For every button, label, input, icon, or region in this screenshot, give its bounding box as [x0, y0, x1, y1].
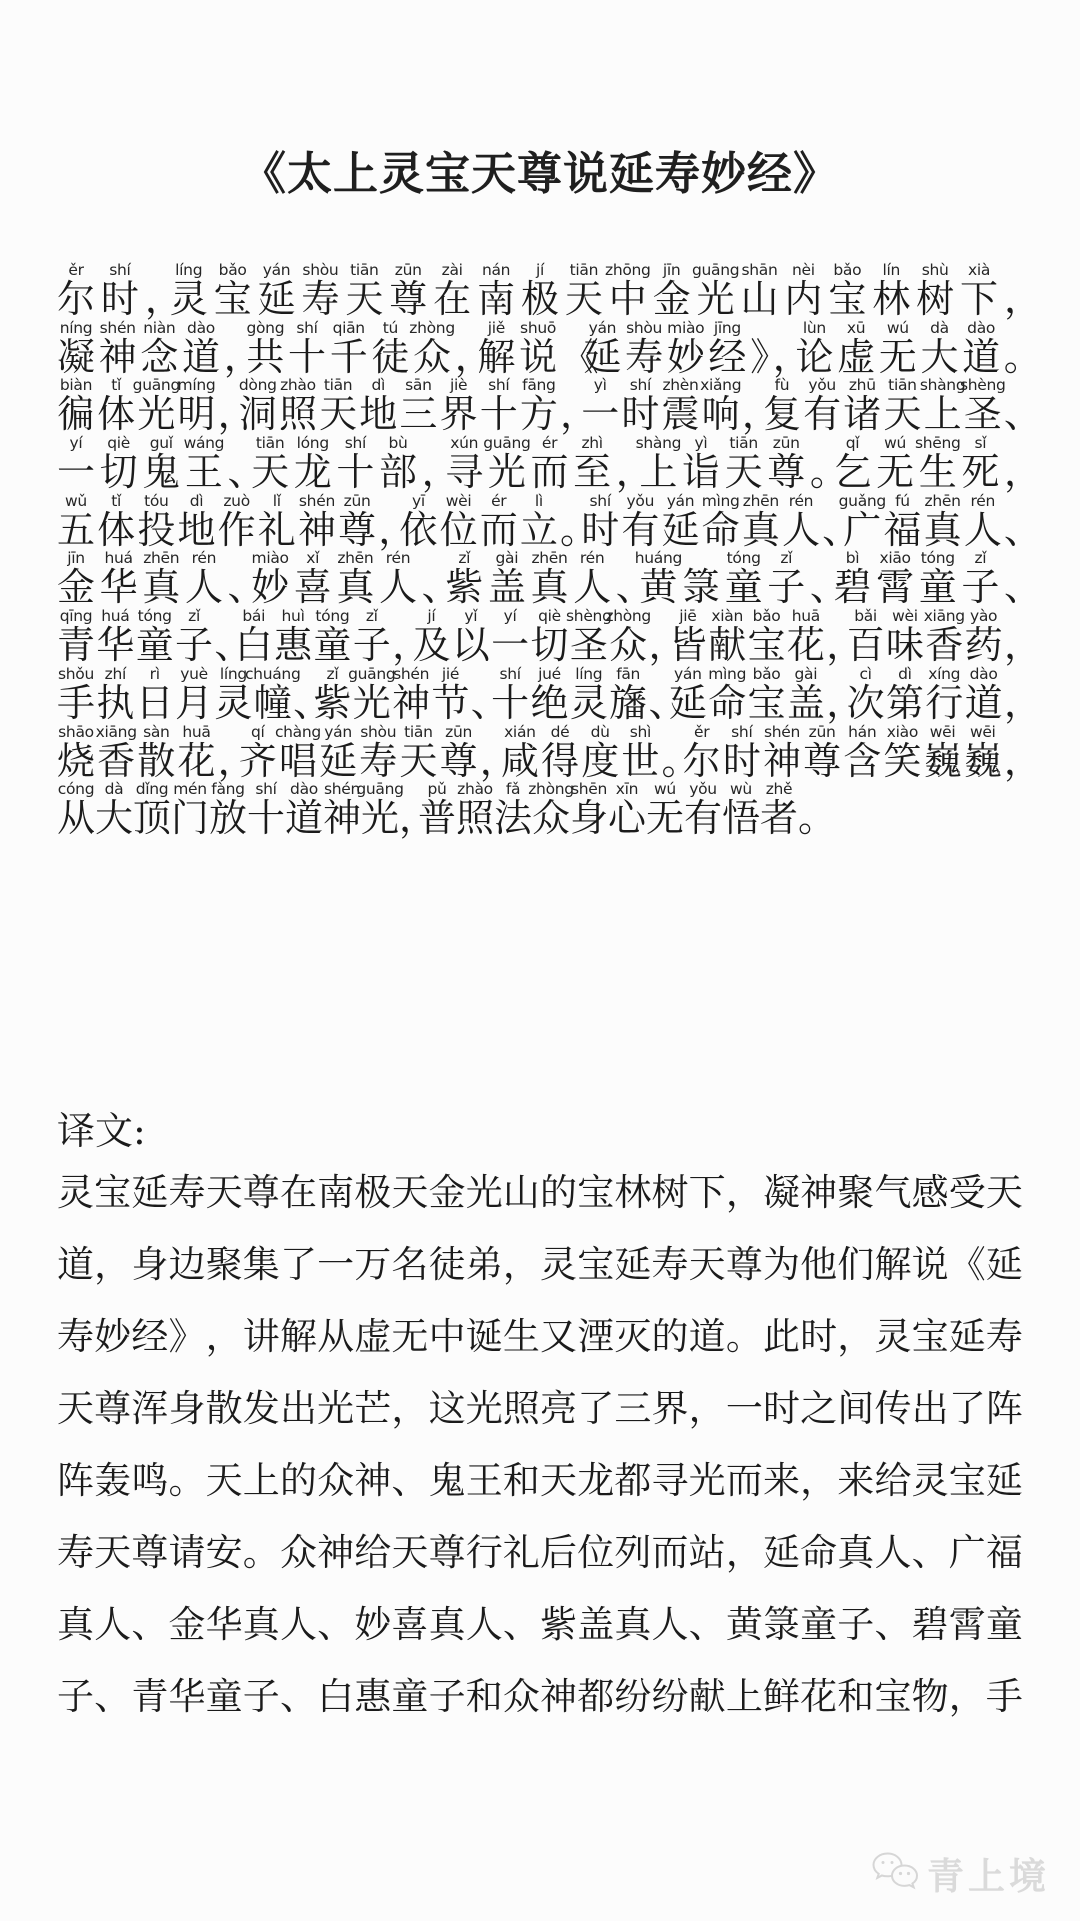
hanzi-character: 真	[531, 568, 569, 607]
translation-character: 虚	[354, 1317, 391, 1357]
translation-character: 天	[986, 1173, 1023, 1213]
translation-character: 身	[131, 1245, 168, 1285]
ruby-character: ，	[826, 665, 845, 723]
ruby-character: zuò作	[218, 492, 256, 550]
ruby-character: qīng青	[57, 607, 95, 665]
translation-character: 山	[503, 1173, 540, 1213]
hanzi-character: 论	[795, 338, 833, 377]
translation-character: 灵	[874, 1317, 911, 1357]
ruby-character: 、	[228, 434, 247, 492]
hanzi-character: 第	[886, 684, 924, 723]
ruby-character: tóng童	[919, 549, 957, 607]
translation-character: 时	[763, 1389, 800, 1429]
translation-character: 寿	[986, 1317, 1023, 1357]
hanzi-character: 法	[494, 799, 532, 838]
ruby-character: shān山	[741, 261, 779, 319]
ruby-character: bái白	[235, 607, 273, 665]
ruby-character: miào妙	[667, 319, 705, 377]
hanzi-character: 十	[491, 684, 529, 723]
translation-character: 真	[57, 1605, 94, 1645]
ruby-character: shén神	[392, 665, 430, 723]
translation-character: 人	[874, 1533, 911, 1573]
translation-character: 尊	[429, 1533, 466, 1573]
translation-character: 讲	[243, 1317, 280, 1357]
hanzi-character: 献	[708, 626, 746, 665]
hanzi-character: 天	[883, 395, 921, 434]
ruby-character: tǐ体	[97, 376, 135, 434]
hanzi-character: 说	[519, 338, 557, 377]
translation-character: 真	[429, 1605, 466, 1645]
hanzi-character: 真	[924, 511, 962, 550]
translation-character: 界	[652, 1389, 689, 1429]
ruby-character: yǒu有	[684, 780, 722, 838]
translation-character: 解	[280, 1317, 317, 1357]
hanzi-character: 而	[480, 511, 518, 550]
hanzi-character: 树	[916, 280, 954, 319]
translation-character: 、	[689, 1605, 726, 1645]
ruby-character: gòng共	[246, 319, 284, 377]
hanzi-character: 在	[433, 280, 471, 319]
ruby-character: 、	[616, 549, 635, 607]
hanzi-character: 门	[171, 799, 209, 838]
ruby-character: ，	[455, 319, 474, 377]
ruby-character: ěr尔	[683, 723, 721, 781]
ruby-character: ，	[224, 319, 243, 377]
translation-character: 光	[689, 1461, 726, 1501]
translation-character: 之	[800, 1389, 837, 1429]
translation-character: 、	[874, 1605, 911, 1645]
hanzi-character: 紫	[445, 568, 483, 607]
ruby-character: ，	[1004, 434, 1023, 492]
hanzi-character: 众	[609, 626, 647, 665]
translation-character: 神	[800, 1173, 837, 1213]
hanzi-character: 花	[787, 626, 825, 665]
ruby-character: líng灵	[570, 665, 608, 723]
translation-character: 宝	[577, 1173, 614, 1213]
ruby-character: cì次	[847, 665, 885, 723]
ruby-character: shì世	[621, 723, 659, 781]
hanzi-character: 切	[100, 453, 138, 492]
hanzi-character: 唱	[279, 742, 317, 781]
ruby-character: rén人	[185, 549, 223, 607]
ruby-character: ，	[616, 434, 635, 492]
document-page: 《太上灵宝天尊说延寿妙经》 ěr尔shí时，líng灵bǎo宝yán延shòu寿…	[0, 0, 1080, 1921]
hanzi-character: 立	[520, 511, 558, 550]
hanzi-character: 天	[725, 453, 763, 492]
ruby-character: shí十	[247, 780, 285, 838]
scripture-line: ěr尔shí时，líng灵bǎo宝yán延shòu寿tiān天zūn尊zài在n…	[57, 261, 1023, 319]
hanzi-character: 童	[725, 568, 763, 607]
hanzi-character: 尔	[57, 280, 95, 319]
translation-character: 礼	[503, 1533, 540, 1573]
hanzi-character: 延	[319, 742, 357, 781]
ruby-character: zhū诸	[843, 376, 881, 434]
translation-character: 金	[429, 1173, 466, 1213]
translation-character: 轰	[94, 1461, 131, 1501]
ruby-character: 《	[561, 319, 580, 377]
hanzi-character: 人	[185, 568, 223, 607]
hanzi-character: 解	[477, 338, 515, 377]
ruby-character: rì日	[136, 665, 174, 723]
translation-character: 为	[763, 1245, 800, 1285]
translation-character: 天	[391, 1173, 428, 1213]
hanzi-character: 香	[925, 626, 963, 665]
ruby-character: bǎo宝	[828, 261, 866, 319]
translation-character: 金	[168, 1605, 205, 1645]
ruby-character: shí时	[581, 492, 619, 550]
ruby-character: xiàn献	[708, 607, 746, 665]
ruby-character: 、	[214, 607, 233, 665]
ruby-character: shòu寿	[359, 723, 397, 781]
ruby-character: yí一	[491, 607, 529, 665]
translation-character: 聚	[206, 1245, 243, 1285]
translation-heading: 译文:	[57, 1100, 146, 1155]
translation-character: 经	[131, 1317, 168, 1357]
ruby-character: wú无	[646, 780, 684, 838]
hanzi-character: 光	[488, 453, 526, 492]
hanzi-character: 时	[621, 395, 659, 434]
translation-character: 子	[837, 1605, 874, 1645]
hanzi-character: 圣	[570, 626, 608, 665]
ruby-character: dào道	[285, 780, 323, 838]
translation-character: 众	[280, 1533, 317, 1573]
ruby-character: zūn尊	[767, 434, 805, 492]
ruby-character: dì第	[886, 665, 924, 723]
ruby-character: 、	[228, 549, 247, 607]
ruby-character: guǎng广	[843, 492, 881, 550]
translation-line: 寿天尊请安。众神给天尊行礼后位列而站，延命真人、广福	[57, 1517, 1023, 1589]
translation-character: 阵	[57, 1461, 94, 1501]
ruby-character: wú无	[879, 319, 917, 377]
translation-character: ，	[800, 1461, 837, 1501]
ruby-character: sān三	[399, 376, 437, 434]
translation-character: 给	[874, 1461, 911, 1501]
translation-character: 灵	[912, 1461, 949, 1501]
hanzi-character: 山	[741, 280, 779, 319]
wechat-icon	[871, 1851, 921, 1895]
ruby-character: zhì至	[573, 434, 611, 492]
ruby-character: jiē皆	[669, 607, 707, 665]
translation-character: 凝	[763, 1173, 800, 1213]
hanzi-character: 延	[662, 511, 700, 550]
hanzi-character: 有	[684, 799, 722, 838]
hanzi-character: 乞	[834, 453, 872, 492]
ruby-character: ，	[1004, 261, 1023, 319]
hanzi-character: 念	[140, 338, 178, 377]
ruby-character: qiè切	[530, 607, 568, 665]
translation-character: 延	[763, 1533, 800, 1573]
hanzi-character: 尔	[683, 742, 721, 781]
translation-character: 湮	[577, 1317, 614, 1357]
translation-character: 阵	[986, 1389, 1023, 1429]
ruby-character: yuè月	[175, 665, 213, 723]
translation-character: 感	[912, 1173, 949, 1213]
translation-line: 灵宝延寿天尊在南极天金光山的宝林树下，凝神聚气感受天	[57, 1157, 1023, 1229]
hanzi-character: 神	[323, 799, 361, 838]
translation-character: 真	[243, 1605, 280, 1645]
translation-character: 花	[800, 1677, 837, 1717]
hanzi-character: 大	[920, 338, 958, 377]
ruby-character: yào药	[965, 607, 1003, 665]
ruby-character: huā花	[787, 607, 825, 665]
ruby-character: zhào照	[456, 780, 494, 838]
hanzi-character: 行	[925, 684, 963, 723]
ruby-character: 。	[1004, 319, 1023, 377]
translation-character: 上	[243, 1461, 280, 1501]
hanzi-character: 天	[319, 395, 357, 434]
hanzi-character: 人	[964, 511, 1002, 550]
ruby-character: 。	[810, 434, 829, 492]
translation-character: 列	[614, 1533, 651, 1573]
translation-character: 浑	[131, 1389, 168, 1429]
ruby-character: xià下	[960, 261, 998, 319]
hanzi-character: 林	[872, 280, 910, 319]
hanzi-character: 子	[767, 568, 805, 607]
hanzi-character: 华	[100, 568, 138, 607]
ruby-character: gài盖	[787, 665, 825, 723]
hanzi-character: 。	[798, 799, 836, 838]
hanzi-character: 宝	[828, 280, 866, 319]
hanzi-character: 内	[784, 280, 822, 319]
ruby-character: zūn尊	[440, 723, 478, 781]
hanzi-character: 界	[440, 395, 478, 434]
ruby-character: zhòng众	[413, 319, 451, 377]
translation-character: 亮	[540, 1389, 577, 1429]
hanzi-character: 命	[708, 684, 746, 723]
translation-character: 童	[391, 1677, 428, 1717]
translation-character: 下	[689, 1173, 726, 1213]
translation-character: 出	[912, 1389, 949, 1429]
translation-character: 时	[800, 1317, 837, 1357]
ruby-character: ér而	[480, 492, 518, 550]
hanzi-character: 次	[847, 684, 885, 723]
translation-character: 来	[837, 1461, 874, 1501]
ruby-character: 、	[1004, 376, 1023, 434]
translation-character: 宝	[94, 1173, 131, 1213]
hanzi-character: 人	[782, 511, 820, 550]
ruby-character: zǐ子	[961, 549, 999, 607]
translation-character: 神	[317, 1533, 354, 1573]
hanzi-character: 以	[452, 626, 490, 665]
hanzi-character: 延	[583, 338, 621, 377]
hanzi-character: 光	[361, 799, 399, 838]
translation-character: 物	[912, 1677, 949, 1717]
translation-character: 黄	[726, 1605, 763, 1645]
ruby-character: zūn尊	[389, 261, 427, 319]
ruby-character: tóu投	[137, 492, 175, 550]
hanzi-character: 震	[662, 395, 700, 434]
hanzi-character: 天	[345, 280, 383, 319]
hanzi-character: 灵	[170, 280, 208, 319]
hanzi-character: 节	[431, 684, 469, 723]
translation-character: 手	[986, 1677, 1023, 1717]
scripture-line: cóng从dà大dǐng顶mén门fàng放shí十dào道shén神guāng…	[57, 780, 1023, 838]
translation-character: 鬼	[429, 1461, 466, 1501]
translation-character: 众	[317, 1461, 354, 1501]
hanzi-character: 方	[520, 395, 558, 434]
translation-character: 光	[466, 1389, 503, 1429]
translation-character: 延	[614, 1245, 651, 1285]
translation-character: 了	[577, 1389, 614, 1429]
ruby-character: sǐ死	[961, 434, 999, 492]
translation-character: 宝	[874, 1677, 911, 1717]
hanzi-character: 黄	[639, 568, 677, 607]
translation-character: 众	[503, 1677, 540, 1717]
ruby-character: ，	[399, 780, 418, 838]
translation-character: 宝	[949, 1461, 986, 1501]
watermark: 青上境	[871, 1846, 1050, 1900]
ruby-character: zhēn真	[336, 549, 374, 607]
hanzi-character: 光	[137, 395, 175, 434]
ruby-character: dà大	[920, 319, 958, 377]
hanzi-character: 有	[621, 511, 659, 550]
ruby-character: ，	[392, 607, 411, 665]
translation-character: 。	[243, 1533, 280, 1573]
ruby-character: huì惠	[274, 607, 312, 665]
ruby-character: jiě解	[477, 319, 515, 377]
ruby-character: 、	[293, 665, 312, 723]
hanzi-character: 喜	[294, 568, 332, 607]
ruby-character: jiè界	[440, 376, 478, 434]
translation-character: 寿	[57, 1317, 94, 1357]
hanzi-character: 药	[965, 626, 1003, 665]
translation-character: 王	[466, 1461, 503, 1501]
hanzi-character: 诣	[682, 453, 720, 492]
ruby-character: tú徒	[371, 319, 409, 377]
hanzi-character: 时	[723, 742, 761, 781]
hanzi-character: ，	[1004, 453, 1042, 492]
ruby-character: zhōng中	[609, 261, 647, 319]
hanzi-character: 一	[491, 626, 529, 665]
ruby-character: ，	[560, 376, 579, 434]
ruby-character: huá华	[100, 549, 138, 607]
ruby-character: ，	[145, 261, 164, 319]
translation-character: 神	[354, 1461, 391, 1501]
translation-character: 宝	[912, 1317, 949, 1357]
hanzi-character: 世	[621, 742, 659, 781]
hanzi-character: 响	[702, 395, 740, 434]
hanzi-character: 有	[803, 395, 841, 434]
ruby-character: shén神	[323, 780, 361, 838]
ruby-character: gài盖	[488, 549, 526, 607]
ruby-character: ，	[826, 607, 845, 665]
ruby-character: cóng从	[57, 780, 95, 838]
translation-character: 。	[726, 1317, 763, 1357]
ruby-character: zūn尊	[803, 723, 841, 781]
hanzi-character: 部	[379, 453, 417, 492]
translation-character: 从	[317, 1317, 354, 1357]
ruby-character: xiāo霄	[876, 549, 914, 607]
translation-character: 妙	[354, 1605, 391, 1645]
hanzi-character: 盖	[787, 684, 825, 723]
ruby-character: tiān天	[399, 723, 437, 781]
translation-character: ，	[206, 1317, 243, 1357]
ruby-character: tóng童	[725, 549, 763, 607]
translation-character: 纷	[652, 1677, 689, 1717]
translation-character: 盖	[577, 1605, 614, 1645]
ruby-character: zhēn真	[531, 549, 569, 607]
translation-character: 广	[949, 1533, 986, 1573]
translation-character: 道	[57, 1245, 94, 1285]
hanzi-character: 十	[336, 453, 374, 492]
ruby-character: 、	[422, 549, 441, 607]
hanzi-character: 无	[876, 453, 914, 492]
hanzi-character: 道	[285, 799, 323, 838]
hanzi-character: 子	[175, 626, 213, 665]
translation-character: 林	[614, 1173, 651, 1213]
ruby-character: zhào照	[279, 376, 317, 434]
hanzi-character: 尊	[440, 742, 478, 781]
hanzi-character: 徒	[371, 338, 409, 377]
ruby-character: ，	[378, 492, 397, 550]
translation-character: 间	[837, 1389, 874, 1429]
ruby-character: shàng上	[924, 376, 962, 434]
ruby-character: ，	[218, 376, 237, 434]
translation-character: ，	[689, 1389, 726, 1429]
ruby-character: jí极	[521, 261, 559, 319]
translation-character: 极	[354, 1173, 391, 1213]
ruby-character: xiào笑	[883, 723, 921, 781]
hanzi-character: 人	[573, 568, 611, 607]
ruby-character: yǐ以	[452, 607, 490, 665]
hanzi-character: 天	[565, 280, 603, 319]
ruby-character: qǐ乞	[834, 434, 872, 492]
ruby-character: qiān千	[330, 319, 368, 377]
hanzi-character: 妙	[667, 338, 705, 377]
ruby-character: shòu寿	[625, 319, 663, 377]
translation-character: 延	[986, 1461, 1023, 1501]
translation-character: 和	[466, 1677, 503, 1717]
hanzi-character: ，	[1004, 280, 1042, 319]
ruby-character: shèng圣	[964, 376, 1002, 434]
ruby-character: zhèn震	[662, 376, 700, 434]
ruby-character: 》	[750, 319, 769, 377]
translation-character: 光	[317, 1389, 354, 1429]
translation-character: 行	[466, 1533, 503, 1573]
ruby-character: shǒu手	[57, 665, 95, 723]
translation-character: 发	[243, 1389, 280, 1429]
ruby-character: shòu寿	[301, 261, 339, 319]
ruby-character: yán延	[662, 492, 700, 550]
translation-character: ，	[949, 1677, 986, 1717]
hanzi-character: 童	[313, 626, 351, 665]
translation-character: 照	[503, 1389, 540, 1429]
hanzi-character: 寿	[301, 280, 339, 319]
ruby-character: líng灵	[170, 261, 208, 319]
ruby-character: fàng放	[209, 780, 247, 838]
hanzi-character: 道	[182, 338, 220, 377]
translation-line: 道，身边聚集了一万名徒弟，灵宝延寿天尊为他们解说《延	[57, 1229, 1023, 1301]
hanzi-character: 巍	[964, 742, 1002, 781]
hanzi-character: 灵	[214, 684, 252, 723]
hanzi-character: 道	[965, 684, 1003, 723]
translation-character: 而	[652, 1533, 689, 1573]
ruby-character: 、	[471, 665, 490, 723]
translation-character: 尊	[94, 1389, 131, 1429]
translation-character: 光	[466, 1173, 503, 1213]
translation-character: 子	[243, 1677, 280, 1717]
translation-character: 边	[168, 1245, 205, 1285]
translation-character: 受	[949, 1173, 986, 1213]
ruby-character: lóng龙	[294, 434, 332, 492]
translation-character: 灭	[614, 1317, 651, 1357]
translation-character: 在	[280, 1173, 317, 1213]
ruby-character: shí十	[336, 434, 374, 492]
ruby-character: xīn心	[608, 780, 646, 838]
hanzi-character: 童	[136, 626, 174, 665]
translation-character: 、	[317, 1605, 354, 1645]
translation-character: 出	[280, 1389, 317, 1429]
